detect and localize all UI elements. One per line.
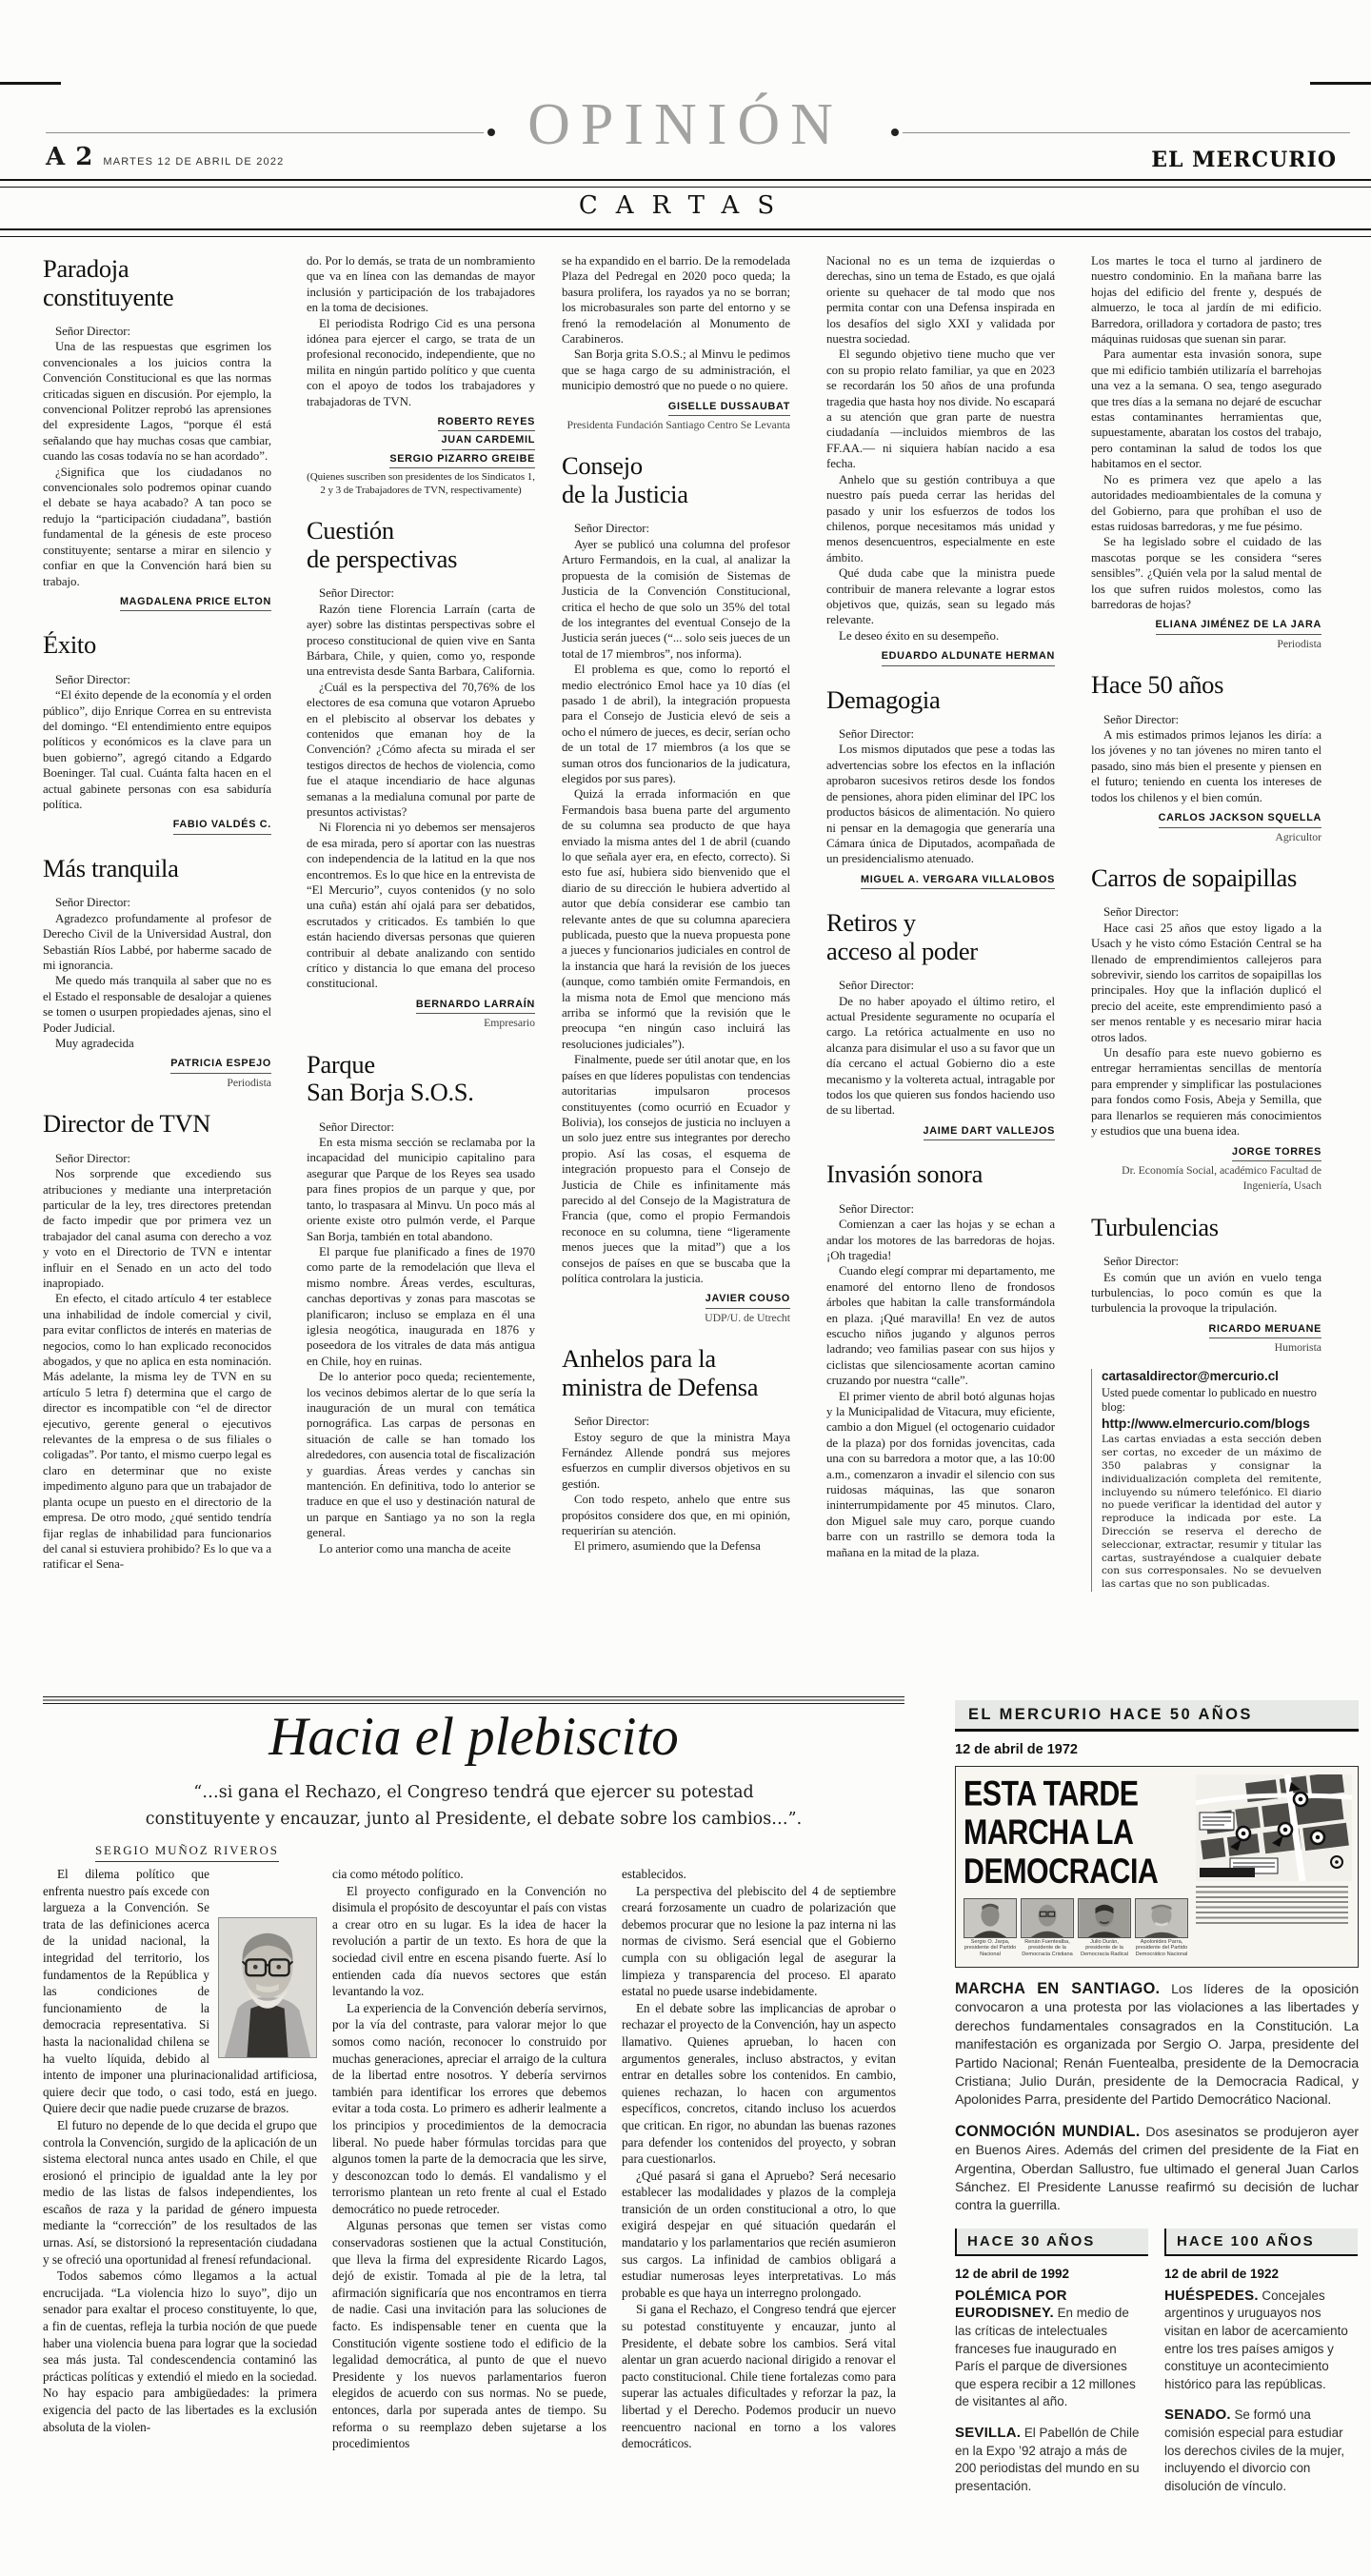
paragraph: ¿Qué pasará si gana el Apruebo? Será nec… bbox=[622, 2168, 896, 2302]
paragraph: Señor Director: bbox=[307, 585, 535, 601]
letter-signature-role: Periodista bbox=[43, 1075, 271, 1090]
archive-caption-marcha: MARCHA EN SANTIAGO. Los líderes de la op… bbox=[955, 1980, 1359, 2110]
letter-note: (Quienes suscriben son presidentes de lo… bbox=[307, 471, 535, 497]
paragraph: Cuando elegí comprar mi departamento, me… bbox=[826, 1263, 1055, 1388]
paragraph: Anhelo que su gestión contribuya a que n… bbox=[826, 472, 1055, 565]
print-mark-left bbox=[0, 82, 61, 85]
paragraph: Señor Director: bbox=[1091, 1254, 1321, 1269]
continuation-paragraph: Nacional no es un tema de izquierdas o d… bbox=[826, 253, 1055, 347]
letters-column-5: Los martes le toca el turno al jardinero… bbox=[1091, 253, 1321, 1674]
letter-signature-role: Dr. Economía Social, académico Facultad … bbox=[1091, 1162, 1321, 1194]
clipping-portraits: Sergio O. Jarpa, presidente del Partido … bbox=[964, 1898, 1188, 1957]
portrait: Renán Fuentealba, presidente de la Democ… bbox=[1021, 1898, 1074, 1957]
paragraph: Para aumentar esta invasión sonora, supe… bbox=[1091, 347, 1321, 471]
print-mark-right bbox=[1310, 82, 1371, 85]
paragraph: No es primera vez que apelo a las autori… bbox=[1091, 472, 1321, 535]
letter-headline: Turbulencias bbox=[1091, 1214, 1321, 1242]
letter-signature: PATRICIA ESPEJO bbox=[43, 1056, 271, 1073]
letter-signature-role: Humorista bbox=[1091, 1339, 1321, 1355]
letter-headline: Carros de sopaipillas bbox=[1091, 864, 1321, 893]
contact-blog-label: Usted puede comentar lo publicado en nue… bbox=[1102, 1386, 1321, 1415]
paragraph: Señor Director: bbox=[307, 1120, 535, 1135]
letters-column-2: do. Por lo demás, se trata de un nombram… bbox=[307, 253, 535, 1674]
section-title: OPINIÓN bbox=[0, 95, 1371, 154]
paragraph: “El éxito depende de la economía y el or… bbox=[43, 687, 271, 812]
letter-headline: Paradoja constituyente bbox=[43, 255, 271, 311]
portrait-photo bbox=[1135, 1898, 1188, 1938]
letter-signature: MIGUEL A. VERGARA VILLALOBOS bbox=[826, 872, 1055, 889]
paragraph: Ni Florencia ni yo debemos ser mensajero… bbox=[307, 820, 535, 991]
paragraph: Señor Director: bbox=[1091, 712, 1321, 727]
letter-signature: RICARDO MERUANE bbox=[1091, 1321, 1321, 1338]
letter-signature: CARLOS JACKSON SQUELLA bbox=[1091, 810, 1321, 827]
paragraph: Los mismos diputados que pese a todas la… bbox=[826, 742, 1055, 866]
clipping-headline-line: MARCHA LA bbox=[964, 1813, 1183, 1853]
archive-caption-lead: CONMOCIÓN MUNDIAL. bbox=[955, 2123, 1141, 2140]
double-rule-top bbox=[0, 179, 1371, 188]
double-rule-bottom bbox=[0, 228, 1371, 237]
letter-signature-role: UDP/U. de Utrecht bbox=[562, 1310, 790, 1325]
hace-100-box: HACE 100 AÑOS 12 de abril de 1922 HUÉSPE… bbox=[1164, 2229, 1358, 2509]
paragraph: Señor Director: bbox=[43, 1151, 271, 1166]
letter-signature: JORGE TORRES bbox=[1091, 1144, 1321, 1161]
archive-item: SENADO. Se formó una comisión especial p… bbox=[1164, 2407, 1358, 2495]
paragraph: La experiencia de la Convención debería … bbox=[332, 2000, 606, 2218]
paragraph: El problema es que, como lo reportó el m… bbox=[562, 662, 790, 786]
paragraph: Hace casi 25 años que estoy ligado a la … bbox=[1091, 921, 1321, 1045]
portrait: Sergio O. Jarpa, presidente del Partido … bbox=[964, 1898, 1017, 1957]
header-dot-right bbox=[891, 129, 899, 136]
letter-signature-role: Agricultor bbox=[1091, 829, 1321, 844]
archive-item-lead: SENADO. bbox=[1164, 2407, 1231, 2423]
letter-headline: Más tranquila bbox=[43, 855, 271, 883]
archive-caption-lead: MARCHA EN SANTIAGO. bbox=[955, 1980, 1160, 1997]
letter-headline: Retiros y acceso al poder bbox=[826, 909, 1055, 965]
clipping-micro-caption bbox=[1196, 1886, 1348, 1926]
letter-signature: BERNARDO LARRAÍN bbox=[307, 997, 535, 1014]
paragraph: Con todo respeto, anhelo que entre sus p… bbox=[562, 1492, 790, 1538]
paragraph: Le deseo éxito en su desempeño. bbox=[826, 628, 1055, 644]
letter-signature: EDUARDO ALDUNATE HERMAN bbox=[826, 648, 1055, 665]
letter-headline: Director de TVN bbox=[43, 1110, 271, 1139]
paragraph: La perspectiva del plebiscito del 4 de s… bbox=[622, 1883, 896, 2000]
archive-caption-conmocion: CONMOCIÓN MUNDIAL. Dos asesinatos se pro… bbox=[955, 2123, 1359, 2216]
paragraph: Señor Director: bbox=[562, 521, 790, 536]
paragraph: El parque fue planificado a fines de 197… bbox=[307, 1244, 535, 1369]
letter-headline: Éxito bbox=[43, 631, 271, 660]
letter-signature: GISELLE DUSSAUBAT bbox=[562, 399, 790, 416]
editorial-column-1: El dilema político que enfrenta nuestro … bbox=[43, 1866, 317, 2487]
continuation-paragraph: cia como método político. bbox=[332, 1866, 606, 1883]
paragraph: Todos sabemos cómo llegamos a la actual … bbox=[43, 2268, 317, 2435]
clipping-left: ESTA TARDE MARCHA LA DEMOCRACIA Sergio O… bbox=[964, 1774, 1188, 1963]
letter-headline: Invasión sonora bbox=[826, 1160, 1055, 1189]
hace-30-date: 12 de abril de 1992 bbox=[955, 2267, 1148, 2281]
clipping-headline-line: DEMOCRACIA bbox=[964, 1853, 1183, 1892]
archive-item-lead: SEVILLA. bbox=[955, 2425, 1021, 2441]
paragraph: Señor Director: bbox=[43, 895, 271, 910]
letters-column-3: se ha expandido en el barrio. De la remo… bbox=[562, 253, 790, 1674]
clipping-headline-line: ESTA TARDE bbox=[964, 1774, 1183, 1813]
letter-headline: Hace 50 años bbox=[1091, 671, 1321, 700]
newspaper-clipping: ESTA TARDE MARCHA LA DEMOCRACIA Sergio O… bbox=[955, 1766, 1359, 1968]
contact-blog-url: http://www.elmercurio.com/blogs bbox=[1102, 1416, 1321, 1431]
letter-headline: Consejo de la Justicia bbox=[562, 452, 790, 508]
paragraph: El segundo objetivo tiene mucho que ver … bbox=[826, 347, 1055, 471]
editorial-byline: SERGIO MUÑOZ RIVEROS bbox=[95, 1843, 279, 1862]
issue-date: MARTES 12 DE ABRIL DE 2022 bbox=[103, 156, 284, 168]
hace-30-box: HACE 30 AÑOS 12 de abril de 1992 POLÉMIC… bbox=[955, 2229, 1148, 2509]
archive-item-lead: HUÉSPEDES. bbox=[1164, 2288, 1259, 2304]
paragraph: Un desafío para este nuevo gobierno es e… bbox=[1091, 1045, 1321, 1139]
paragraph: Ayer se publicó una columna del profesor… bbox=[562, 537, 790, 662]
letter-signature: JAVIER COUSO bbox=[562, 1291, 790, 1308]
paragraph: Muy agradecida bbox=[43, 1036, 271, 1051]
hace-100-title-bar: HACE 100 AÑOS bbox=[1164, 2229, 1358, 2256]
archive-column: EL MERCURIO HACE 50 AÑOS 12 de abril de … bbox=[955, 1700, 1359, 2508]
portrait-caption: Apolonides Parra, presidente del Partido… bbox=[1135, 1939, 1188, 1957]
contact-box: cartasaldirector@mercurio.cl Usted puede… bbox=[1091, 1369, 1321, 1592]
clipping-headline: ESTA TARDE MARCHA LA DEMOCRACIA bbox=[964, 1774, 1183, 1891]
paragraph: Lo anterior como una mancha de aceite bbox=[307, 1541, 535, 1556]
paragraph: El periodista Rodrigo Cid es una persona… bbox=[307, 316, 535, 409]
archive-50-title-bar: EL MERCURIO HACE 50 AÑOS bbox=[955, 1700, 1359, 1732]
portrait-caption: Julio Durán, presidente de la Democracia… bbox=[1078, 1939, 1131, 1957]
author-photo-image bbox=[219, 1918, 316, 2057]
continuation-paragraph: do. Por lo demás, se trata de un nombram… bbox=[307, 253, 535, 316]
archive-item: SEVILLA. El Pabellón de Chile en la Expo… bbox=[955, 2425, 1148, 2495]
contact-email: cartasaldirector@mercurio.cl bbox=[1102, 1369, 1321, 1384]
paragraph: De no haber apoyado el último retiro, el… bbox=[826, 994, 1055, 1119]
editorial-quote: “…si gana el Rechazo, el Congreso tendrá… bbox=[43, 1779, 904, 1833]
letter-signature: MAGDALENA PRICE ELTON bbox=[43, 594, 271, 611]
continuation-paragraph: se ha expandido en el barrio. De la remo… bbox=[562, 253, 790, 347]
paragraph: Estoy seguro de que la ministra Maya Fer… bbox=[562, 1430, 790, 1493]
hace-100-date: 12 de abril de 1922 bbox=[1164, 2267, 1358, 2281]
editorial-separator bbox=[43, 1696, 904, 1706]
header-rule-right bbox=[903, 132, 1350, 133]
paragraph: Finalmente, puede ser útil anotar que, e… bbox=[562, 1052, 790, 1286]
paragraph: ¿Significa que los ciudadanos no convenc… bbox=[43, 465, 271, 589]
paragraph: A mis estimados primos lejanos les diría… bbox=[1091, 727, 1321, 805]
letters-column-1: Paradoja constituyenteSeñor Director:Una… bbox=[43, 253, 271, 1674]
letter-signature: JAIME DART VALLEJOS bbox=[826, 1123, 1055, 1140]
letter-headline: Cuestión de perspectivas bbox=[307, 517, 535, 573]
contact-legal-text: Las cartas enviadas a esta sección deben… bbox=[1102, 1434, 1321, 1592]
paragraph: En el debate sobre las implicancias de a… bbox=[622, 2000, 896, 2168]
paragraph: El primer viento de abril botó algunas h… bbox=[826, 1389, 1055, 1560]
letter-signature-role: Periodista bbox=[1091, 636, 1321, 651]
portrait-photo bbox=[964, 1898, 1017, 1938]
paragraph: El proyecto configurado en la Convención… bbox=[332, 1883, 606, 2000]
paragraph: Razón tiene Florencia Larraín (carta de … bbox=[307, 602, 535, 680]
archive-item: POLÉMICA POR EURODISNEY. En medio de las… bbox=[955, 2288, 1148, 2411]
paragraph: Qué duda cabe que la ministra puede cont… bbox=[826, 565, 1055, 628]
paragraph: Una de las respuestas que esgrimen los c… bbox=[43, 339, 271, 464]
paragraph: De lo anterior poco queda; recientemente… bbox=[307, 1369, 535, 1540]
letter-signature: ROBERTO REYES bbox=[307, 414, 535, 431]
archive-item: HUÉSPEDES. Concejales argentinos y urugu… bbox=[1164, 2288, 1358, 2394]
portrait-caption: Sergio O. Jarpa, presidente del Partido … bbox=[964, 1939, 1017, 1957]
continuation-paragraph: Los martes le toca el turno al jardinero… bbox=[1091, 253, 1321, 347]
letters-column-4: Nacional no es un tema de izquierdas o d… bbox=[826, 253, 1055, 1674]
paragraph: Señor Director: bbox=[826, 1201, 1055, 1217]
paragraph: El futuro no depende de lo que decida el… bbox=[43, 2117, 317, 2268]
letter-headline: Parque San Borja S.O.S. bbox=[307, 1051, 535, 1107]
paragraph: En efecto, el citado artículo 4 ter esta… bbox=[43, 1291, 271, 1572]
continuation-paragraph: establecidos. bbox=[622, 1866, 896, 1883]
editorial-quote-line1: “…si gana el Rechazo, el Congreso tendrá… bbox=[43, 1779, 904, 1806]
cartas-title: CARTAS bbox=[0, 191, 1371, 220]
paragraph: Me quedo más tranquila al saber que no e… bbox=[43, 973, 271, 1036]
archive-50-date: 12 de abril de 1972 bbox=[955, 1742, 1359, 1757]
paragraph: Señor Director: bbox=[562, 1414, 790, 1429]
letter-signature-role: Empresario bbox=[307, 1015, 535, 1030]
letter-headline: Demagogia bbox=[826, 686, 1055, 715]
editorial-headline: Hacia el plebiscito bbox=[43, 1709, 904, 1766]
portrait-photo bbox=[1078, 1898, 1131, 1938]
paragraph: Señor Director: bbox=[1091, 904, 1321, 920]
editorial-quote-line2: constituyente y encauzar, junto al Presi… bbox=[43, 1806, 904, 1833]
paragraph: Algunas personas que temen ser vistas co… bbox=[332, 2217, 606, 2451]
editorial-column-2: cia como método político.El proyecto con… bbox=[332, 1866, 606, 2487]
map-image bbox=[1196, 1774, 1352, 1881]
clipping-right bbox=[1196, 1774, 1352, 1963]
newspaper-page: A 2MARTES 12 DE ABRIL DE 2022 OPINIÓN EL… bbox=[0, 0, 1371, 2576]
paragraph: Nos sorprende que excediendo sus atribuc… bbox=[43, 1166, 271, 1291]
paragraph: En esta misma sección se reclamaba por l… bbox=[307, 1135, 535, 1244]
author-photo bbox=[218, 1917, 317, 2058]
letter-signature: JUAN CARDEMIL bbox=[307, 432, 535, 449]
paragraph: San Borja grita S.O.S.; al Minvu le pedi… bbox=[562, 347, 790, 393]
paragraph: Señor Director: bbox=[43, 672, 271, 687]
letter-signature: SERGIO PIZARRO GREIBE bbox=[307, 451, 535, 468]
paragraph: Señor Director: bbox=[826, 726, 1055, 742]
letter-signature-role: Presidenta Fundación Santiago Centro Se … bbox=[562, 417, 790, 432]
letter-headline: Anhelos para la ministra de Defensa bbox=[562, 1345, 790, 1401]
archive-item-lead: POLÉMICA POR EURODISNEY. bbox=[955, 2288, 1067, 2322]
paragraph: Es común que un avión en vuelo tenga tur… bbox=[1091, 1270, 1321, 1317]
paragraph: Agradezco profundamente al profesor de D… bbox=[43, 911, 271, 974]
portrait-caption: Renán Fuentealba, presidente de la Democ… bbox=[1021, 1939, 1074, 1957]
paragraph: Si gana el Rechazo, el Congreso tendrá q… bbox=[622, 2301, 896, 2451]
editorial-column-3: establecidos.La perspectiva del plebisci… bbox=[622, 1866, 896, 2487]
portrait-photo bbox=[1021, 1898, 1074, 1938]
letter-signature: FABIO VALDÉS C. bbox=[43, 817, 271, 834]
letter-signature: ELIANA JIMÉNEZ DE LA JARA bbox=[1091, 617, 1321, 634]
portrait: Apolonides Parra, presidente del Partido… bbox=[1135, 1898, 1188, 1957]
paragraph: Quizá la errada información en que Ferma… bbox=[562, 786, 790, 1052]
masthead-brand: EL MERCURIO bbox=[1151, 148, 1337, 172]
paragraph: El primero, asumiendo que la Defensa bbox=[562, 1538, 790, 1554]
paragraph: ¿Cuál es la perspectiva del 70,76% de lo… bbox=[307, 680, 535, 821]
portrait: Julio Durán, presidente de la Democracia… bbox=[1078, 1898, 1131, 1957]
paragraph: Se ha legislado sobre el cuidado de las … bbox=[1091, 534, 1321, 612]
paragraph: Señor Director: bbox=[43, 324, 271, 339]
paragraph: Comienzan a caer las hojas y se echan a … bbox=[826, 1217, 1055, 1263]
archive-sub-row: HACE 30 AÑOS 12 de abril de 1992 POLÉMIC… bbox=[955, 2229, 1359, 2509]
paragraph: Señor Director: bbox=[826, 978, 1055, 993]
hace-30-title-bar: HACE 30 AÑOS bbox=[955, 2229, 1148, 2256]
